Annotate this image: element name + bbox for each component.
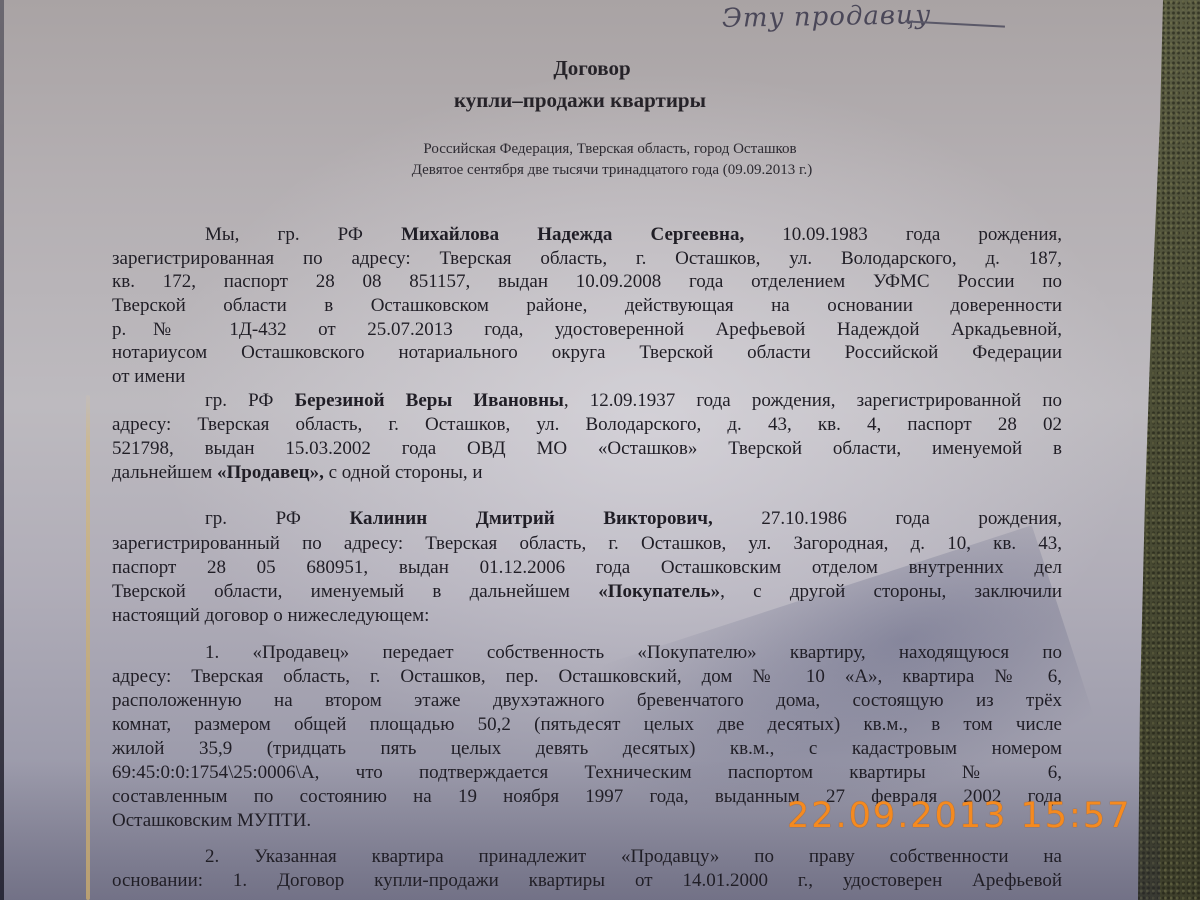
text-line: дальнейшем «Продавец», с одной стороны, … (112, 462, 1062, 484)
document-title: Договор (0, 56, 1192, 81)
party-name: Калинин Дмитрий Викторович, (350, 508, 713, 529)
party-name: Березиной Веры Ивановны (295, 390, 564, 411)
text-line: 69:45:0:0:1754\25:0006\А, что подтвержда… (112, 762, 1062, 784)
text-line: расположенную на втором этаже двухэтажно… (112, 690, 1062, 712)
role-buyer: «Покупатель» (598, 581, 720, 602)
text-line: Тверской области, именуемый в дальнейшем… (112, 581, 1062, 603)
text-line: Мы, гр. РФ Михайлова Надежда Сергеевна, … (205, 224, 1062, 246)
text-line: 521798, выдан 15.03.2002 года ОВД МО «Ос… (112, 438, 1062, 460)
contract-document: Договор купли–продажи квартиры Российска… (0, 0, 1200, 900)
text-line: гр. РФ Березиной Веры Ивановны, 12.09.19… (205, 390, 1062, 412)
text-line: р.№ 1Д-432 от 25.07.2013 года, удостовер… (112, 319, 1062, 341)
document-place: Российская Федерация, Тверская область, … (10, 141, 1200, 158)
document-date: Девятое сентября две тысячи тринадцатого… (12, 162, 1200, 179)
text-line: зарегистрированная по адресу: Тверская о… (112, 248, 1062, 270)
text-line: адресу: Тверская область, г. Осташков, у… (112, 414, 1062, 436)
camera-timestamp: 22.09.2013 15:57 (787, 796, 1131, 836)
text-line: настоящий договор о нижеследующем: (112, 605, 1062, 627)
document-subtitle: купли–продажи квартиры (0, 88, 1180, 113)
clause-2-line: 2. Указанная квартира принадлежит «Прода… (205, 846, 1062, 868)
text-line: зарегистрированный по адресу: Тверская о… (112, 533, 1062, 555)
text-line: нотариусом Осташковского нотариального о… (112, 342, 1062, 364)
text-line: от имени (112, 366, 1062, 388)
text-line: адресу: Тверская область, г. Осташков, п… (112, 666, 1062, 688)
text-line: гр. РФ Калинин Дмитрий Викторович, 27.10… (205, 508, 1062, 530)
party-name: Михайлова Надежда Сергеевна, (401, 224, 744, 245)
text-line: паспорт 28 05 680951, выдан 01.12.2006 г… (112, 557, 1062, 579)
text-line: основании: 1. Договор купли-продажи квар… (112, 870, 1062, 892)
text-line: Тверской области в Осташковском районе, … (112, 295, 1062, 317)
text-line: кв. 172, паспорт 28 08 851157, выдан 10.… (112, 271, 1062, 293)
text-line: комнат, размером общей площадью 50,2 (пя… (112, 714, 1062, 736)
clause-1-line: 1. «Продавец» передает собственность «По… (205, 642, 1062, 664)
text-line: жилой 35,9 (тридцать пять целых девять д… (112, 738, 1062, 760)
role-seller: «Продавец», (217, 462, 324, 483)
